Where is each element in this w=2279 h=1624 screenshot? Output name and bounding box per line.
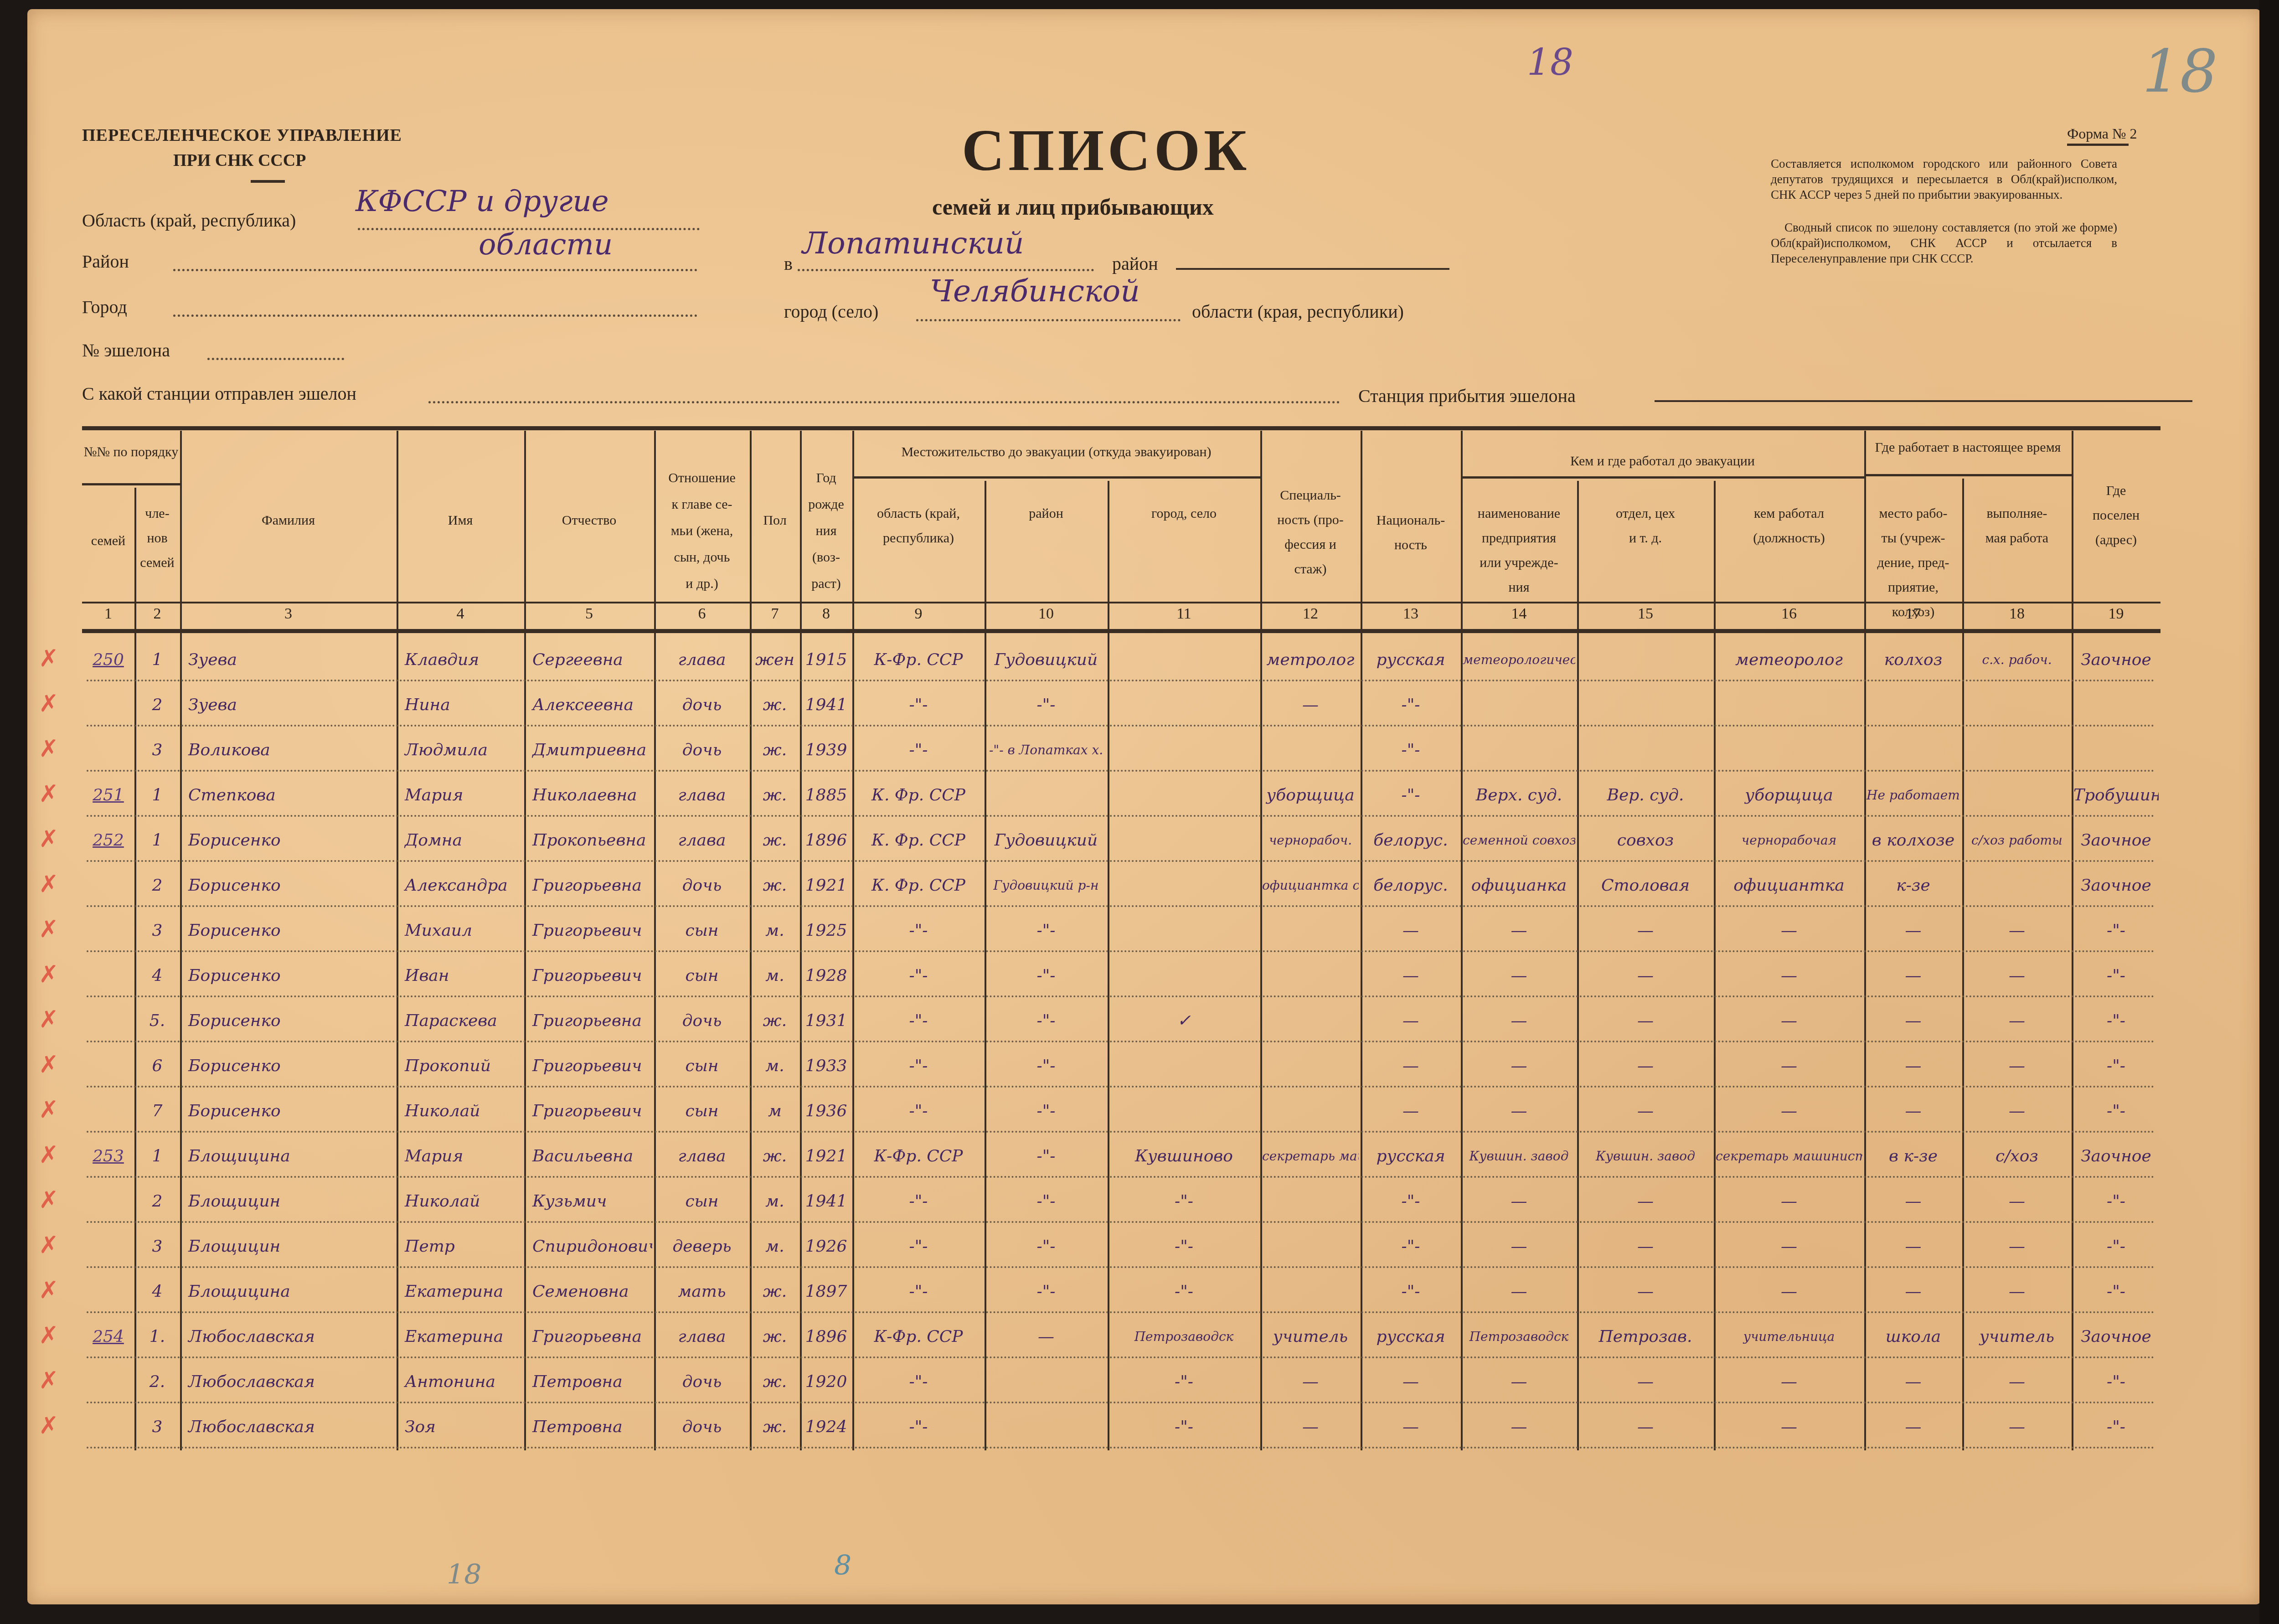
table-cell-col14: — (1463, 1278, 1575, 1305)
table-cell-col10: -"- (986, 962, 1106, 990)
table-cell-col18 (1964, 872, 2070, 899)
table-cell-col7: ж. (752, 691, 798, 719)
table-cell-col3: Блощицин (182, 1233, 395, 1260)
table-cell-col15: совхоз (1579, 827, 1712, 854)
table-cell-col17: — (1866, 1278, 1960, 1305)
table-cell-col1 (84, 872, 133, 899)
table-cell-col4: Екатерина (398, 1278, 522, 1305)
table-cell-col8: 1885 (802, 782, 851, 809)
table-cell-col3: Блощицин (182, 1188, 395, 1215)
table-cell-col7: ж. (752, 1278, 798, 1305)
table-cell-col13: русская (1362, 1323, 1459, 1351)
table-cell-col10: Гудовицкий р-н (986, 872, 1106, 899)
table-cell-col8: 1926 (802, 1233, 851, 1260)
table-cell-col8: 1920 (802, 1368, 851, 1396)
table-cell-col14: — (1463, 1233, 1575, 1260)
column-number-14: 14 (1461, 605, 1577, 623)
table-cell-col19: Заочное (2073, 827, 2159, 854)
table-cell-col12: — (1262, 1413, 1359, 1441)
table-cell-col4: Петр (398, 1233, 522, 1260)
table-cell-col11 (1109, 1098, 1258, 1125)
column-number-12: 12 (1260, 605, 1361, 623)
table-cell-col8: 1896 (802, 1323, 851, 1351)
table-cell-col19: Тробушинский (2073, 782, 2159, 809)
table-cell-col17: — (1866, 1413, 1960, 1441)
column-number-17: 17 (1864, 605, 1962, 623)
table-cell-col13: русская (1362, 1143, 1459, 1170)
table-cell-col15: Вер. суд. (1579, 782, 1712, 809)
column-header-9: область (край, республика) (852, 501, 985, 551)
table-cell-col15: — (1579, 1188, 1712, 1215)
table-cell-col9: -"- (854, 1007, 983, 1035)
table-cell-col15: — (1579, 1052, 1712, 1080)
table-cell-col6: глава (656, 646, 748, 674)
red-check-mark: ✗ (39, 1186, 59, 1214)
table-cell-col11: ✓ (1109, 1007, 1258, 1035)
table-cell-col17: в колхозе (1866, 827, 1960, 854)
table-cell-col19: -"- (2073, 1368, 2159, 1396)
table-cell-col10 (986, 782, 1106, 809)
table-cell-col15: — (1579, 1368, 1712, 1396)
row-rule (87, 680, 2156, 681)
group-header-prev_work: Кем и где работал до эвакуации (1461, 449, 1864, 474)
table-cell-col8: 1931 (802, 1007, 851, 1035)
group-header-rule (852, 476, 1260, 479)
table-cell-col12 (1262, 1098, 1359, 1125)
table-cell-col5: Григорьевна (526, 1007, 652, 1035)
table-cell-col2: 3 (136, 1413, 178, 1441)
table-cell-col10: -"- (986, 1188, 1106, 1215)
table-cell-col17 (1866, 691, 1960, 719)
table-cell-col18: — (1964, 1278, 2070, 1305)
table-cell-col2: 1 (136, 782, 178, 809)
table-cell-col6: сын (656, 1098, 748, 1125)
table-cell-col17 (1866, 737, 1960, 764)
table-cell-col4: Клавдия (398, 646, 522, 674)
table-cell-col4: Мария (398, 782, 522, 809)
table-cell-col14: официанка (1463, 872, 1575, 899)
table-cell-col7: ж. (752, 1413, 798, 1441)
table-cell-col3: Зуева (182, 691, 395, 719)
table-cell-col1 (84, 917, 133, 944)
table-cell-col18: — (1964, 1052, 2070, 1080)
table-cell-col15: — (1579, 962, 1712, 990)
column-header-18: выполняе- мая работа (1962, 501, 2072, 551)
table-cell-col10: -"- (986, 1143, 1106, 1170)
column-header-7: Пол (750, 508, 800, 533)
table-cell-col17: — (1866, 1052, 1960, 1080)
table-cell-col16: — (1716, 1368, 1862, 1396)
table-cell-col4: Параскева (398, 1007, 522, 1035)
table-cell-col8: 1941 (802, 691, 851, 719)
table-cell-col5: Григорьевна (526, 1323, 652, 1351)
pencil-total-families: 8 (834, 1550, 851, 1582)
table-cell-col6: дочь (656, 691, 748, 719)
table-cell-col13: -"- (1362, 782, 1459, 809)
table-cell-col5: Алексеевна (526, 691, 652, 719)
table-cell-col9: К-Фр. ССР (854, 1143, 983, 1170)
table-cell-col2: 5. (136, 1007, 178, 1035)
table-cell-col14: Кувшин. завод (1463, 1143, 1575, 1170)
table-cell-col17: к-зе (1866, 872, 1960, 899)
table-cell-col3: Зуева (182, 646, 395, 674)
table-cell-col1: 253 (84, 1143, 133, 1170)
table-cell-col17: — (1866, 1368, 1960, 1396)
table-cell-col18: — (1964, 1368, 2070, 1396)
table-cell-col14: — (1463, 1007, 1575, 1035)
table-cell-col18: с/хоз (1964, 1143, 2070, 1170)
table-cell-col2: 1 (136, 827, 178, 854)
table-cell-col7: м. (752, 962, 798, 990)
table-cell-col18: — (1964, 1098, 2070, 1125)
table-cell-col18: — (1964, 917, 2070, 944)
table-cell-col5: Кузьмич (526, 1188, 652, 1215)
table-cell-col6: дочь (656, 1413, 748, 1441)
table-cell-col11: -"- (1109, 1233, 1258, 1260)
table-cell-col3: Любославская (182, 1413, 395, 1441)
table-cell-col9: -"- (854, 1368, 983, 1396)
red-check-mark: ✗ (39, 735, 59, 763)
table-cell-col9: К. Фр. ССР (854, 872, 983, 899)
table-cell-col12: метролог (1262, 646, 1359, 674)
table-cell-col18: — (1964, 1007, 2070, 1035)
table-cell-col16: — (1716, 1188, 1862, 1215)
table-cell-col15 (1579, 691, 1712, 719)
table-cell-col2: 1. (136, 1323, 178, 1351)
table-cell-col17: — (1866, 1007, 1960, 1035)
table-cell-col6: дочь (656, 1368, 748, 1396)
table-cell-col7: м (752, 1098, 798, 1125)
table-cell-col4: Зоя (398, 1413, 522, 1441)
table-cell-col15: Кувшин. завод (1579, 1143, 1712, 1170)
red-check-mark: ✗ (39, 1006, 59, 1033)
table-cell-col9: -"- (854, 1278, 983, 1305)
table-cell-col13: — (1362, 1413, 1459, 1441)
table-cell-col9: -"- (854, 1188, 983, 1215)
table-header-bottom-rule (82, 629, 2160, 633)
table-cell-col11 (1109, 737, 1258, 764)
column-header-5: Отчество (524, 508, 654, 533)
column-number-2: 2 (134, 605, 180, 623)
table-cell-col13: — (1362, 917, 1459, 944)
table-cell-col10: -"- (986, 1098, 1106, 1125)
table-cell-col18: — (1964, 1188, 2070, 1215)
table-cell-col11: -"- (1109, 1368, 1258, 1396)
row-rule (87, 950, 2156, 952)
column-header-16: кем работал (должность) (1714, 501, 1864, 551)
table-cell-col12 (1262, 737, 1359, 764)
column-number-9: 9 (852, 605, 985, 623)
table-cell-col1 (84, 1233, 133, 1260)
table-cell-col3: Любославская (182, 1368, 395, 1396)
table-cell-col5: Григорьевич (526, 962, 652, 990)
group-header-residence: Местожительство до эвакуации (откуда эва… (852, 440, 1260, 464)
table-cell-col8: 1941 (802, 1188, 851, 1215)
table-cell-col11 (1109, 872, 1258, 899)
table-cell-col8: 1925 (802, 917, 851, 944)
red-check-mark: ✗ (39, 1412, 59, 1439)
table-cell-col6: глава (656, 782, 748, 809)
table-cell-col9: К-Фр. ССР (854, 646, 983, 674)
table-cell-col13: белорус. (1362, 872, 1459, 899)
table-cell-col6: сын (656, 962, 748, 990)
table-cell-col19: -"- (2073, 962, 2159, 990)
table-cell-col16: официантка (1716, 872, 1862, 899)
table-cell-col13: -"- (1362, 1188, 1459, 1215)
table-cell-col18: — (1964, 1233, 2070, 1260)
table-cell-col2: 2 (136, 1188, 178, 1215)
table-cell-col13: -"- (1362, 737, 1459, 764)
table-cell-col7: ж. (752, 1007, 798, 1035)
red-check-mark: ✗ (39, 645, 59, 672)
table-cell-col1: 254 (84, 1323, 133, 1351)
table-cell-col10: -"- (986, 917, 1106, 944)
table-cell-col7: м. (752, 1233, 798, 1260)
table-cell-col13: русская (1362, 646, 1459, 674)
table-cell-col7: ж. (752, 872, 798, 899)
table-cell-col2: 2 (136, 691, 178, 719)
table-cell-col17: — (1866, 917, 1960, 944)
table-cell-col4: Иван (398, 962, 522, 990)
table-cell-col12 (1262, 1188, 1359, 1215)
table-cell-col6: сын (656, 1188, 748, 1215)
table-cell-col18: с/хоз работы (1964, 827, 2070, 854)
table-cell-col6: мать (656, 1278, 748, 1305)
table-cell-col19: Заочное (2073, 872, 2159, 899)
column-number-11: 11 (1108, 605, 1260, 623)
table-cell-col1 (84, 1052, 133, 1080)
table-cell-col14: семенной совхоз (1463, 827, 1575, 854)
table-cell-col16: уборщица (1716, 782, 1862, 809)
table-cell-col5: Григорьевич (526, 917, 652, 944)
column-header-19: Где поселен (адрес) (2072, 479, 2160, 552)
document-page: ПЕРЕСЕЛЕНЧЕСКОЕ УПРАВЛЕНИЕ ПРИ СНК СССР … (27, 9, 2261, 1604)
table-cell-col18: учитель (1964, 1323, 2070, 1351)
column-number-19: 19 (2072, 605, 2160, 623)
table-cell-col1: 250 (84, 646, 133, 674)
table-cell-col9: К. Фр. ССР (854, 827, 983, 854)
table-cell-col18 (1964, 691, 2070, 719)
table-cell-col13: — (1362, 1368, 1459, 1396)
table-cell-col1 (84, 1278, 133, 1305)
table-cell-col4: Александра (398, 872, 522, 899)
table-cell-col16: — (1716, 1278, 1862, 1305)
table-cell-col13: — (1362, 1052, 1459, 1080)
table-cell-col19 (2073, 737, 2159, 764)
row-rule (87, 995, 2156, 997)
table-cell-col18: — (1964, 962, 2070, 990)
table-cell-col2: 3 (136, 917, 178, 944)
column-number-15: 15 (1577, 605, 1714, 623)
column-number-5: 5 (524, 605, 654, 623)
table-cell-col19: -"- (2073, 1413, 2159, 1441)
table-cell-col1: 251 (84, 782, 133, 809)
table-cell-col10 (986, 1413, 1106, 1441)
table-cell-col16 (1716, 691, 1862, 719)
table-cell-col17: школа (1866, 1323, 1960, 1351)
table-cell-col14: — (1463, 1052, 1575, 1080)
evacuee-table: №№ по порядкуМестожительство до эвакуаци… (27, 9, 2261, 1604)
book-spine-edge (2259, 0, 2279, 1624)
row-rule (87, 1131, 2156, 1133)
table-cell-col2: 1 (136, 1143, 178, 1170)
table-cell-col12: официантка столовой (1262, 872, 1359, 899)
row-rule (87, 1311, 2156, 1313)
table-cell-col9: К. Фр. ССР (854, 782, 983, 809)
table-cell-col11: Кувшиново (1109, 1143, 1258, 1170)
table-cell-col7: ж. (752, 827, 798, 854)
table-cell-col2: 7 (136, 1098, 178, 1125)
red-check-mark: ✗ (39, 1232, 59, 1259)
table-cell-col13: — (1362, 1098, 1459, 1125)
table-cell-col19: -"- (2073, 1188, 2159, 1215)
table-cell-col14: Петрозаводск (1463, 1323, 1575, 1351)
table-cell-col17: — (1866, 962, 1960, 990)
column-header-6: Отношение к главе се- мьи (жена, сын, до… (654, 465, 750, 597)
table-cell-col11 (1109, 917, 1258, 944)
table-cell-col3: Степкова (182, 782, 395, 809)
table-cell-col13: — (1362, 1007, 1459, 1035)
column-number-7: 7 (750, 605, 800, 623)
table-cell-col7: ж. (752, 1323, 798, 1351)
table-cell-col19: -"- (2073, 917, 2159, 944)
red-check-mark: ✗ (39, 1051, 59, 1078)
table-cell-col9: -"- (854, 1413, 983, 1441)
row-rule (87, 1221, 2156, 1223)
column-header-14: наименование предприятия или учрежде- ни… (1461, 501, 1577, 600)
table-cell-col19: -"- (2073, 1007, 2159, 1035)
column-header-8: Год рожде ния (воз- раст) (800, 465, 852, 597)
table-cell-col3: Борисенко (182, 962, 395, 990)
table-cell-col12 (1262, 962, 1359, 990)
table-cell-col1: 252 (84, 827, 133, 854)
table-cell-col15: Петрозав. (1579, 1323, 1712, 1351)
table-cell-col2: 2. (136, 1368, 178, 1396)
table-cell-col5: Семеновна (526, 1278, 652, 1305)
table-cell-col8: 1928 (802, 962, 851, 990)
table-cell-col7: м. (752, 1188, 798, 1215)
table-cell-col19 (2073, 691, 2159, 719)
table-cell-col19: Заочное (2073, 646, 2159, 674)
column-header-12: Специаль- ность (про- фессия и стаж) (1260, 483, 1361, 582)
group-header-order: №№ по порядку (82, 440, 180, 464)
row-rule (87, 770, 2156, 772)
table-cell-col11 (1109, 646, 1258, 674)
table-cell-col16: — (1716, 917, 1862, 944)
table-cell-col5: Прокопьевна (526, 827, 652, 854)
table-cell-col17: — (1866, 1188, 1960, 1215)
table-cell-col10: -"- в Лопатках х. (986, 737, 1106, 764)
column-number-rule (82, 602, 2160, 603)
row-rule (87, 1041, 2156, 1042)
table-cell-col4: Нина (398, 691, 522, 719)
row-rule (87, 1356, 2156, 1358)
red-check-mark: ✗ (39, 871, 59, 898)
column-number-4: 4 (397, 605, 524, 623)
table-cell-col10 (986, 1368, 1106, 1396)
table-cell-col15: — (1579, 1278, 1712, 1305)
row-rule (87, 1266, 2156, 1268)
table-cell-col11 (1109, 1052, 1258, 1080)
table-cell-col9: -"- (854, 962, 983, 990)
table-cell-col1 (84, 1413, 133, 1441)
table-cell-col13: -"- (1362, 691, 1459, 719)
table-cell-col5: Спиридонович (526, 1233, 652, 1260)
table-cell-col7: ж. (752, 782, 798, 809)
table-cell-col8: 1921 (802, 1143, 851, 1170)
table-cell-col6: глава (656, 1143, 748, 1170)
table-cell-col5: Григорьевна (526, 872, 652, 899)
table-cell-col15: — (1579, 1413, 1712, 1441)
table-cell-col9: -"- (854, 917, 983, 944)
table-cell-col10: -"- (986, 1278, 1106, 1305)
table-cell-col12 (1262, 917, 1359, 944)
table-cell-col13: -"- (1362, 1278, 1459, 1305)
group-header-rule (1864, 474, 2072, 476)
table-cell-col5: Дмитриевна (526, 737, 652, 764)
table-cell-col9: -"- (854, 737, 983, 764)
red-check-mark: ✗ (39, 961, 59, 988)
red-check-mark: ✗ (39, 916, 59, 943)
red-check-mark: ✗ (39, 1141, 59, 1169)
table-cell-col10: Гудовицкий (986, 827, 1106, 854)
table-cell-col13: — (1362, 962, 1459, 990)
table-cell-col8: 1915 (802, 646, 851, 674)
table-cell-col16: метеоролог (1716, 646, 1862, 674)
table-cell-col3: Борисенко (182, 917, 395, 944)
table-cell-col2: 2 (136, 872, 178, 899)
table-cell-col11 (1109, 962, 1258, 990)
table-cell-col16: — (1716, 1052, 1862, 1080)
row-rule (87, 860, 2156, 862)
table-cell-col3: Борисенко (182, 827, 395, 854)
table-cell-col12: секретарь машинистка (1262, 1143, 1359, 1170)
table-cell-col16: — (1716, 1098, 1862, 1125)
table-cell-col5: Николаевна (526, 782, 652, 809)
table-cell-col4: Мария (398, 1143, 522, 1170)
red-check-mark: ✗ (39, 1096, 59, 1124)
table-cell-col11 (1109, 691, 1258, 719)
column-header-3: Фамилия (180, 508, 397, 533)
table-cell-col12: чернорабоч. (1262, 827, 1359, 854)
table-cell-col7: м. (752, 1052, 798, 1080)
table-cell-col6: дочь (656, 1007, 748, 1035)
table-cell-col9: -"- (854, 1233, 983, 1260)
column-header-10: район (985, 501, 1108, 526)
table-cell-col14: — (1463, 1098, 1575, 1125)
table-cell-col17: колхоз (1866, 646, 1960, 674)
table-cell-col10: -"- (986, 1052, 1106, 1080)
column-header-15: отдел, цех и т. д. (1577, 501, 1714, 551)
table-cell-col6: дочь (656, 872, 748, 899)
table-cell-col9: -"- (854, 1098, 983, 1125)
table-cell-col12: уборщица (1262, 782, 1359, 809)
table-cell-col15: Столовая (1579, 872, 1712, 899)
table-cell-col17: в к-зе (1866, 1143, 1960, 1170)
table-cell-col16: — (1716, 1233, 1862, 1260)
table-cell-col15: — (1579, 917, 1712, 944)
table-cell-col16: — (1716, 1413, 1862, 1441)
row-rule (87, 725, 2156, 727)
table-cell-col19: Заочное (2073, 1143, 2159, 1170)
table-cell-col14: Верх. суд. (1463, 782, 1575, 809)
table-cell-col3: Блощицина (182, 1278, 395, 1305)
table-cell-col8: 1896 (802, 827, 851, 854)
table-cell-col15: — (1579, 1233, 1712, 1260)
table-cell-col5: Петровна (526, 1413, 652, 1441)
table-cell-col2: 3 (136, 737, 178, 764)
table-cell-col14: — (1463, 1368, 1575, 1396)
